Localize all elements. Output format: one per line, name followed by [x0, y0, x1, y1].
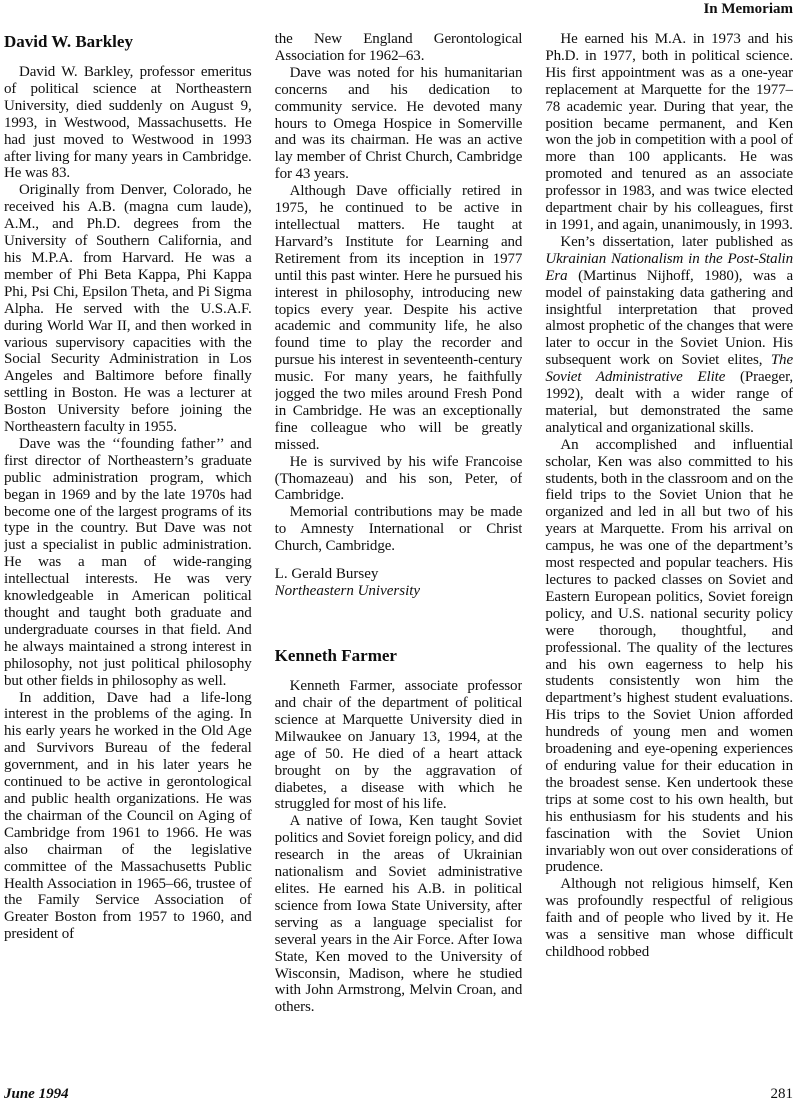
- paragraph: Although Dave officially retired in 1975…: [275, 183, 523, 454]
- text-run: An accomplished and influential scholar,…: [545, 437, 793, 876]
- obituary-heading: David W. Barkley: [4, 32, 252, 51]
- text-run: He is survived by his wife Francoise (Th…: [275, 454, 523, 504]
- paragraph: the New England Gerontological Associati…: [275, 31, 523, 65]
- text-run: Dave was noted for his humanitarian conc…: [275, 65, 523, 182]
- paragraph: In addition, Dave had a life-long intere…: [4, 690, 252, 944]
- running-head: In Memoriam: [4, 1, 793, 17]
- paragraph: Dave was the ‘‘founding father’’ and fir…: [4, 436, 252, 690]
- paragraph: A native of Iowa, Ken taught Soviet poli…: [275, 813, 523, 1016]
- text-run: Memorial contributions may be made to Am…: [275, 504, 523, 554]
- obituary-heading: Kenneth Farmer: [275, 646, 523, 665]
- text-run: Northeastern University: [275, 583, 420, 599]
- text-run: David W. Barkley, professor emeritus of …: [4, 64, 252, 181]
- paragraph: He is survived by his wife Francoise (Th…: [275, 454, 523, 505]
- text-run: Kenneth Farmer, associate professor and …: [275, 678, 523, 812]
- paragraph: Originally from Denver, Colorado, he rec…: [4, 182, 252, 436]
- paragraph: Dave was noted for his humanitarian conc…: [275, 65, 523, 183]
- paragraph: An accomplished and influential scholar,…: [545, 437, 793, 877]
- text-run: (Martinus Nijhoff, 1980), was a model of…: [545, 268, 793, 369]
- page-footer: June 1994 281: [4, 1086, 793, 1103]
- text-run: L. Gerald Bursey: [275, 566, 379, 582]
- footer-page-number: 281: [771, 1086, 794, 1103]
- text-run: Ken’s dissertation, later published as: [560, 234, 793, 250]
- text-run: Although not religious himself, Ken was …: [545, 876, 793, 960]
- journal-page: In Memoriam David W. BarkleyDavid W. Bar…: [0, 0, 800, 1111]
- signature-name: L. Gerald Bursey: [275, 566, 523, 583]
- text-run: the New England Gerontological Associati…: [275, 31, 523, 64]
- paragraph: Memorial contributions may be made to Am…: [275, 504, 523, 555]
- text-run: A native of Iowa, Ken taught Soviet poli…: [275, 813, 523, 1015]
- paragraph: Ken’s dissertation, later published as U…: [545, 234, 793, 437]
- column-3: He earned his M.A. in 1973 and his Ph.D.…: [545, 31, 793, 1077]
- paragraph: Kenneth Farmer, associate professor and …: [275, 678, 523, 813]
- signature-affiliation: Northeastern University: [275, 583, 523, 600]
- paragraph: He earned his M.A. in 1973 and his Ph.D.…: [545, 31, 793, 234]
- paragraph: David W. Barkley, professor emeritus of …: [4, 64, 252, 182]
- columns: David W. BarkleyDavid W. Barkley, profes…: [4, 31, 793, 1077]
- text-run: Although Dave officially retired in 1975…: [275, 183, 523, 453]
- text-run: Dave was the ‘‘founding father’’ and fir…: [4, 436, 252, 689]
- footer-issue-date: June 1994: [4, 1086, 69, 1103]
- column-1: David W. BarkleyDavid W. Barkley, profes…: [4, 31, 252, 1077]
- text-run: David W. Barkley: [4, 32, 133, 51]
- column-2: the New England Gerontological Associati…: [275, 31, 523, 1077]
- text-run: Originally from Denver, Colorado, he rec…: [4, 182, 252, 435]
- text-run: Kenneth Farmer: [275, 646, 397, 665]
- text-run: In addition, Dave had a life-long intere…: [4, 690, 252, 943]
- text-run: He earned his M.A. in 1973 and his Ph.D.…: [545, 31, 793, 233]
- running-head-title: In Memoriam: [703, 1, 793, 17]
- paragraph: Although not religious himself, Ken was …: [545, 876, 793, 961]
